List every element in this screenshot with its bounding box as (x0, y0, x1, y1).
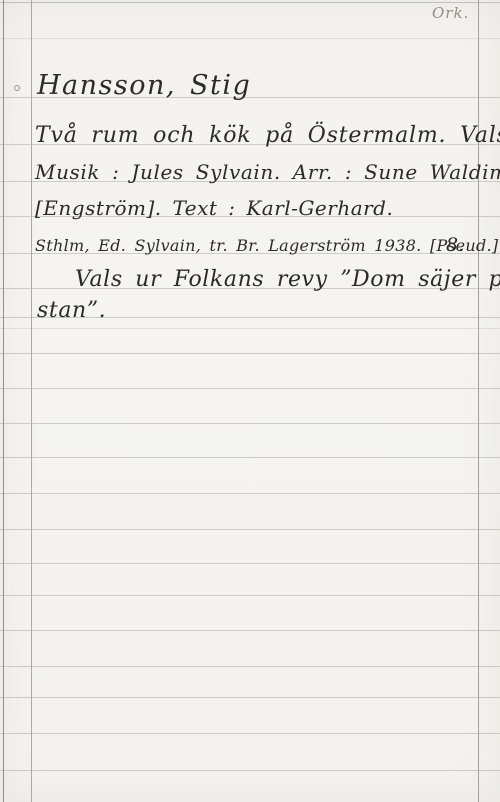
ruled-line (0, 563, 500, 564)
ruled-line (0, 328, 500, 329)
ruled-line (0, 770, 500, 771)
ruled-line (0, 38, 500, 39)
ruled-line (0, 529, 500, 530)
margin-circle-mark (14, 85, 20, 91)
card-heading-author: Hansson, Stig (37, 72, 251, 99)
card-line-title: Två rum och kök på Östermalm. Vals. (35, 125, 500, 147)
ruled-line (0, 423, 500, 424)
ruled-line (0, 697, 500, 698)
ruled-line (0, 457, 500, 458)
card-line-imprint: Sthlm, Ed. Sylvain, tr. Br. Lagerström 1… (35, 238, 498, 254)
format-mark: 8. (446, 236, 464, 255)
ruled-line (0, 595, 500, 596)
right-margin-line (478, 0, 479, 802)
ruled-line (0, 733, 500, 734)
classification-mark: Ork. (432, 4, 469, 22)
card-line-note-continued: stan”. (37, 300, 106, 322)
card-line-text-credit: [Engström]. Text : Karl-Gerhard. (35, 198, 393, 218)
paper-left-edge-line (3, 0, 4, 802)
ruled-line (0, 666, 500, 667)
catalog-card: Ork. Hansson, Stig Två rum och kök på Ös… (0, 0, 500, 802)
ruled-line (0, 353, 500, 354)
ruled-line (0, 493, 500, 494)
ruled-line (0, 630, 500, 631)
ruled-line (0, 388, 500, 389)
left-margin-line (31, 0, 32, 802)
card-line-music-credit: Musik : Jules Sylvain. Arr. : Sune Waldi… (35, 162, 500, 182)
card-line-note: Vals ur Folkans revy ”Dom säjer på (75, 269, 500, 291)
